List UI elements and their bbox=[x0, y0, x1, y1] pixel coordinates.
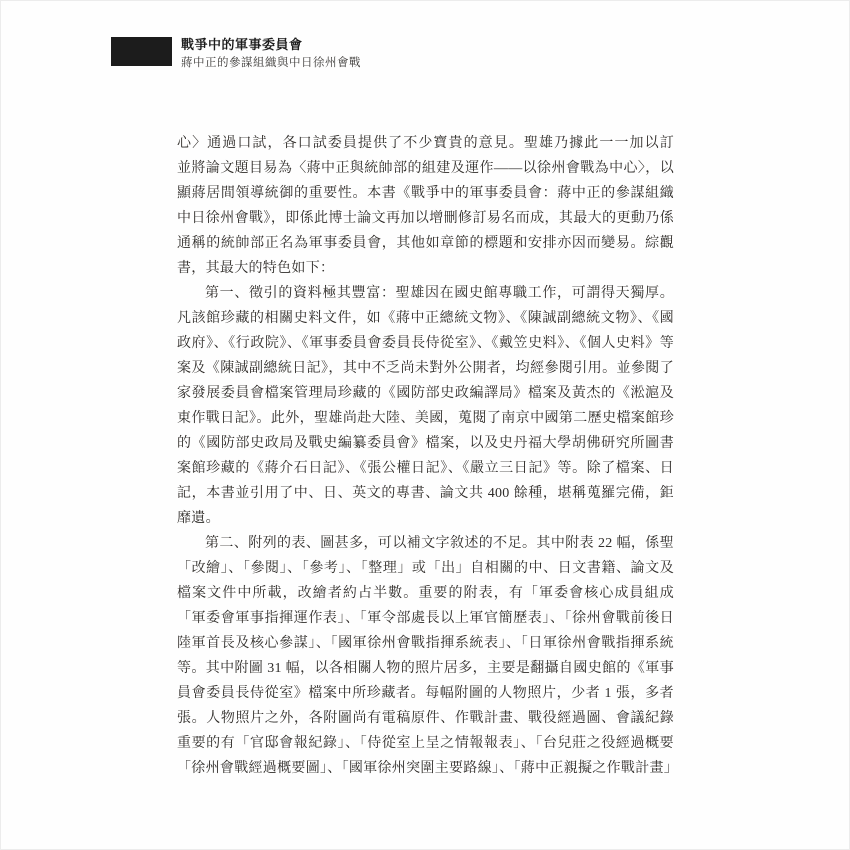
publisher-logo-block bbox=[111, 37, 172, 66]
text-line: 書，其最大的特色如下： bbox=[177, 256, 674, 281]
text-line: 檔案文件中所載，改繪者約占半數。重要的附表，有「軍委會核心成員組成表」、 bbox=[177, 581, 674, 606]
text-line: 張。人物照片之外，各附圖尚有電稿原件、作戰計畫、戰役經過圖、會議紀錄等。 bbox=[177, 706, 674, 731]
text-line: 「徐州會戰經過概要圖」、「國軍徐州突圍主要路線」、「蔣中正親擬之作戰計畫」 bbox=[177, 756, 674, 781]
text-line: 顯蔣居間領導統御的重要性。本書《戰爭中的軍事委員會：蔣中正的參謀組織與 bbox=[177, 181, 674, 206]
book-series-title: 戰爭中的軍事委員會 bbox=[181, 38, 361, 52]
text-line: 記，本書並引用了中、日、英文的專書、論文共 400 餘種，堪稱蒐羅完備，鉅細 bbox=[177, 481, 674, 506]
text-line: 中日徐州會戰》，即係此博士論文再加以增刪修訂易名而成，其最大的更動乃係將 bbox=[177, 206, 674, 231]
text-line: 案館珍藏的《蔣介石日記》、《張公權日記》、《嚴立三日記》等。除了檔案、日 bbox=[177, 456, 674, 481]
text-line: 並將論文題目易為〈蔣中正與統帥部的組建及運作——以徐州會戰為中心〉，以凸 bbox=[177, 156, 674, 181]
text-line: 靡遺。 bbox=[177, 506, 674, 531]
text-line: 家發展委員會檔案管理局珍藏的《國防部史政編譯局》檔案及黃杰的《淞滬及豫 bbox=[177, 381, 674, 406]
text-line: 凡該館珍藏的相關史料文件，如《蔣中正總統文物》、《陳誠副總統文物》、《國民 bbox=[177, 306, 674, 331]
text-line: 重要的有「官邸會報紀錄」、「侍從室上呈之情報報表」、「台兒莊之役經過概要圖」、 bbox=[177, 731, 674, 756]
body-text: 心〉通過口試，各口試委員提供了不少寶貴的意見。聖雄乃據此一一加以訂正，並將論文題… bbox=[177, 131, 674, 781]
text-line: 案及《陳誠副總統日記》，其中不乏尚未對外公開者，均經參閱引用。並參閱了國 bbox=[177, 356, 674, 381]
text-line: 等。其中附圖 31 幅，以各相關人物的照片居多，主要是翻攝自國史館的《軍事委 bbox=[177, 656, 674, 681]
book-series-subtitle: 蔣中正的參謀組織與中日徐州會戰 bbox=[181, 57, 361, 70]
text-line: 員會委員長侍從室》檔案中所珍藏者。每幅附圖的人物照片，少者 1 張，多者 7 bbox=[177, 681, 674, 706]
text-line: 的《國防部史政局及戰史編纂委員會》檔案，以及史丹福大學胡佛研究所圖書檔 bbox=[177, 431, 674, 456]
text-line: 心〉通過口試，各口試委員提供了不少寶貴的意見。聖雄乃據此一一加以訂正， bbox=[177, 131, 674, 156]
text-line: 第一、徵引的資料極其豐富：聖雄因在國史館專職工作，可謂得天獨厚。舉 bbox=[177, 281, 674, 306]
header-text: 戰爭中的軍事委員會 蔣中正的參謀組織與中日徐州會戰 bbox=[181, 37, 361, 70]
text-line: 「軍委會軍事指揮運作表」、「軍令部處長以上軍官簡歷表」、「徐州會戰前後日本 bbox=[177, 606, 674, 631]
text-line: 第二、附列的表、圖甚多，可以補文字敘述的不足。其中附表 22 幅，係聖雄 bbox=[177, 531, 674, 556]
text-line: 通稱的統帥部正名為軍事委員會，其他如章節的標題和安排亦因而變易。綜觀本 bbox=[177, 231, 674, 256]
text-line: 東作戰日記》。此外，聖雄尚赴大陸、美國，蒐閱了南京中國第二歷史檔案館珍藏 bbox=[177, 406, 674, 431]
text-line: 陸軍首長及核心參謀」、「國軍徐州會戰指揮系統表」、「日軍徐州會戰指揮系統表」 bbox=[177, 631, 674, 656]
text-line: 「改繪」、「參閱」、「參考」、「整理」或「出」自相關的中、日文書籍、論文及各 bbox=[177, 556, 674, 581]
book-page: 戰爭中的軍事委員會 蔣中正的參謀組織與中日徐州會戰 心〉通過口試，各口試委員提供… bbox=[0, 0, 850, 850]
page-header: 戰爭中的軍事委員會 蔣中正的參謀組織與中日徐州會戰 bbox=[111, 37, 361, 70]
text-line: 政府》、《行政院》、《軍事委員會委員長侍從室》、《戴笠史料》、《個人史料》等檔 bbox=[177, 331, 674, 356]
